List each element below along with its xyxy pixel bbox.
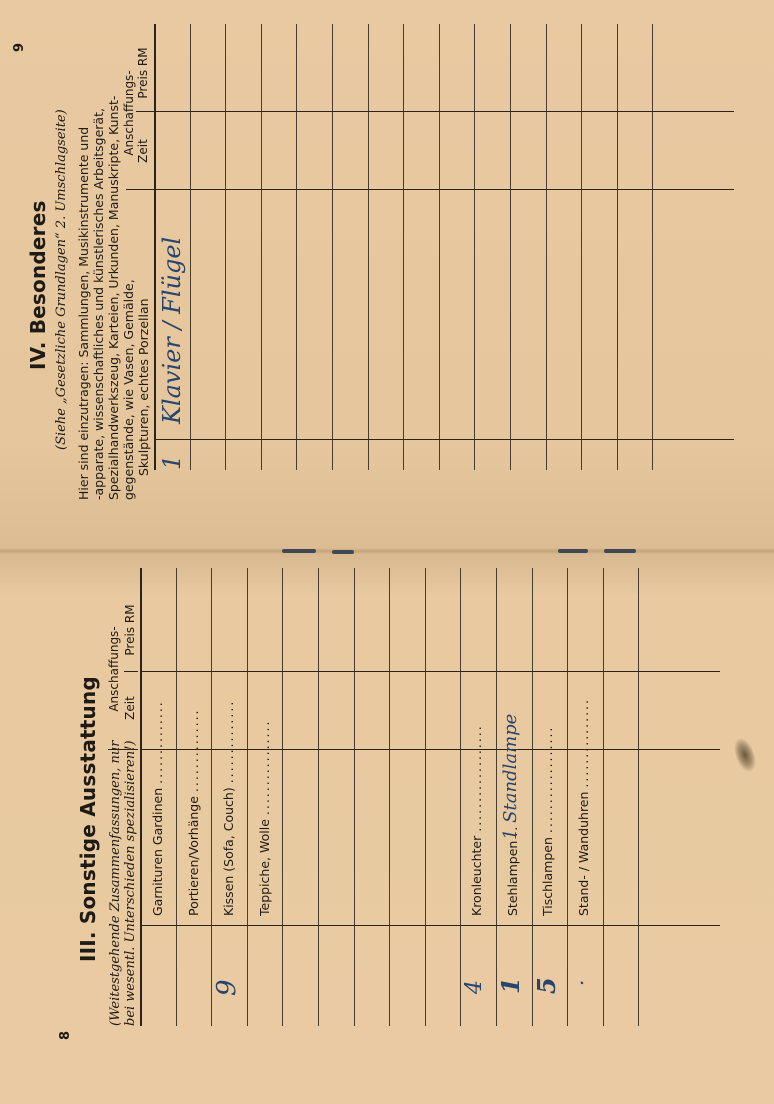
column-header-zeit: Zeit	[123, 672, 137, 744]
header-divider	[108, 749, 138, 750]
handwritten-qty-tischlampen: 5	[532, 977, 561, 994]
row-label-garnituren: Garnituren Gardinen ..............	[150, 700, 165, 916]
description-line-5: Skulpturen, echtes Porzellan	[136, 298, 151, 476]
row-rule	[190, 24, 191, 470]
handwritten-note-stehlampen: 1 Standlampe	[500, 714, 521, 840]
description-line-4: gegenstände, wie Vasen, Gemälde,	[121, 279, 136, 500]
row-label-portieren: Portieren/Vorhänge ..............	[186, 708, 201, 916]
staple-1a	[282, 549, 316, 553]
row-rule	[581, 24, 582, 470]
column-header-preis: Preis RM	[136, 36, 150, 110]
center-fold	[0, 548, 774, 554]
row-label-uhren: Stand- / Wanduhren ...............	[576, 698, 591, 916]
row-rule	[296, 24, 297, 470]
row-label-kronleuchter: Kronleuchter ..................	[469, 724, 484, 916]
row-label-tischlampen: Tischlampen ..................	[540, 726, 555, 916]
row-rule	[638, 568, 639, 1026]
row-rule	[496, 568, 497, 1026]
page-title: IV. Besonderes	[26, 200, 50, 370]
row-rule	[617, 24, 618, 470]
page-title: III. Sonstige Ausstattung	[76, 676, 100, 962]
page-subtitle-line-1: (Weitestgehende Zusammenfassungen, nur	[108, 741, 123, 1026]
column-divider-preis	[140, 671, 720, 672]
column-divider-zeit	[154, 189, 734, 190]
header-divider-small	[124, 671, 138, 672]
row-rule	[261, 24, 262, 470]
column-header-anschaffungs: Anschaffungs-	[107, 594, 121, 744]
handwritten-qty-kissen: 9	[212, 979, 242, 996]
handwritten-entry-klavier: Klavier / Flügel	[158, 237, 186, 424]
header-divider-small	[136, 111, 154, 112]
row-label-teppiche: Teppiche, Wolle ................	[257, 720, 272, 916]
handwritten-qty-stehlampen: 1	[496, 977, 525, 994]
page-9: 9 IV. Besonderes (Siehe „Gesetzliche Gru…	[30, 30, 750, 500]
staple-2a	[558, 549, 588, 553]
row-rule	[460, 568, 461, 1026]
row-rule	[532, 568, 533, 1026]
page-8: 8 III. Sonstige Ausstattung (Weitestgehe…	[40, 570, 720, 1040]
row-rule	[546, 24, 547, 470]
staple-2b	[604, 549, 636, 553]
page-number: 8	[58, 1031, 73, 1040]
column-divider-qty	[140, 925, 720, 926]
column-divider-qty	[154, 439, 734, 440]
description-line-3: Spezialhandwerkszeug, Karteien, Urkunden…	[106, 96, 121, 500]
row-rule	[318, 568, 319, 1026]
handwritten-qty-kronleuchter: 4	[462, 980, 487, 994]
column-divider-preis	[154, 111, 734, 112]
handwritten-mark-uhren: .	[564, 980, 588, 986]
row-rule	[176, 568, 177, 1026]
row-rule	[510, 24, 511, 470]
rule-header	[154, 24, 156, 470]
row-rule	[425, 568, 426, 1026]
row-rule	[332, 24, 333, 470]
column-header-zeit: Zeit	[136, 114, 150, 188]
row-rule	[354, 568, 355, 1026]
header-divider	[126, 189, 154, 190]
page-number: 9	[12, 43, 27, 52]
row-rule	[603, 568, 604, 1026]
row-rule	[403, 24, 404, 470]
page-subtitle: (Siehe „Gesetzliche Grundlagen“ 2. Umsch…	[54, 109, 69, 450]
row-rule	[368, 24, 369, 470]
column-header-anschaffungs: Anschaffungs-	[122, 38, 136, 188]
row-rule	[389, 568, 390, 1026]
row-label-kissen: Kissen (Sofa, Couch) ..............	[221, 700, 236, 916]
row-rule	[652, 24, 653, 470]
page-subtitle-line-2: bei wesentl. Unterschieden spezialisiere…	[123, 740, 138, 1026]
handwritten-qty-1: 1	[158, 455, 186, 470]
description-line-1: Hier sind einzutragen: Sammlungen, Musik…	[76, 127, 91, 500]
column-header-preis: Preis RM	[123, 592, 137, 668]
row-rule	[474, 24, 475, 470]
rule-header	[140, 568, 142, 1026]
staple-1b	[332, 550, 354, 554]
row-rule	[225, 24, 226, 470]
row-rule	[247, 568, 248, 1026]
row-rule	[282, 568, 283, 1026]
row-rule	[567, 568, 568, 1026]
description-line-2: -apparate, wissenschaftliches und künstl…	[91, 108, 106, 500]
row-rule	[211, 568, 212, 1026]
row-rule	[439, 24, 440, 470]
